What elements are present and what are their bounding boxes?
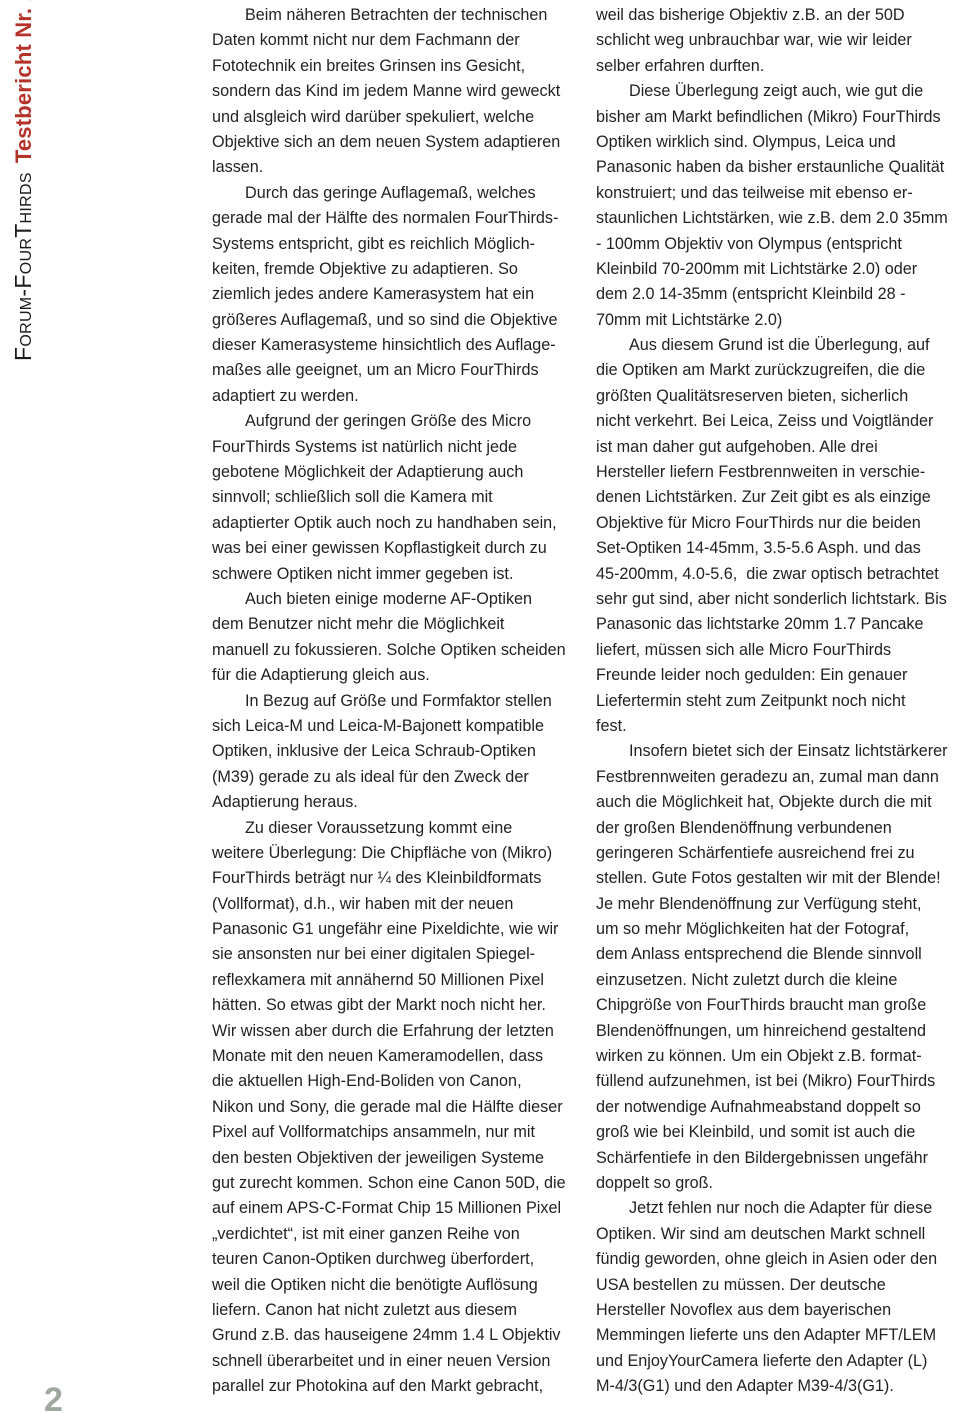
text-line: maßes alle geeignet, um an Micro FourThi… <box>212 358 584 383</box>
text-line: weitere Überlegung: Die Chipfläche von (… <box>212 841 584 866</box>
text-line: adaptiert zu werden. <box>212 384 584 409</box>
text-line: konstruiert; und das teilweise mit ebens… <box>596 181 954 206</box>
text-line: dem 2.0 14-35mm (entspricht Kleinbild 28… <box>596 282 954 307</box>
magazine-page: Forum-FourThirdsTestbericht Nr. 1 Beim n… <box>0 0 960 1414</box>
text-line: dem Benutzer nicht mehr die Möglichkeit <box>212 612 584 637</box>
text-line: Festbrennweiten geradezu an, zumal man d… <box>596 765 954 790</box>
text-line: schnell überarbeitet und in einer neuen … <box>212 1349 584 1374</box>
text-line: der großen Blendenöffnung verbundenen <box>596 816 954 841</box>
text-line: keiten, fremde Objektive zu adaptieren. … <box>212 257 584 282</box>
text-line: Grund z.B. das hauseigene 24mm 1.4 L Obj… <box>212 1323 584 1348</box>
text-line: hätten. So etwas gibt der Markt noch nic… <box>212 993 584 1018</box>
text-line: groß wie bei Kleinbild, und somit ist au… <box>596 1120 954 1145</box>
text-line: und alsgleich wird darüber spekuliert, w… <box>212 105 584 130</box>
text-line: Hersteller Novoflex aus dem bayerischen <box>596 1298 954 1323</box>
text-line: sehr gut sind, aber nicht sonderlich lic… <box>596 587 954 612</box>
text-line: staunlichen Lichtstärken, wie z.B. dem 2… <box>596 206 954 231</box>
text-line: Schärfentiefe in den Bildergebnissen ung… <box>596 1146 954 1171</box>
text-line: doppelt so groß. <box>596 1171 954 1196</box>
text-line: sich Leica-M und Leica-M-Bajonett kompat… <box>212 714 584 739</box>
text-line: - 100mm Objektiv von Olympus (entspricht <box>596 232 954 257</box>
text-line: größten Qualitätsreserven bieten, sicher… <box>596 384 954 409</box>
text-line: sinnvoll; schließlich soll die Kamera mi… <box>212 485 584 510</box>
text-line: Panasonic G1 ungefähr eine Pixeldichte, … <box>212 917 584 942</box>
text-line: Fototechnik ein breites Grinsen ins Gesi… <box>212 54 584 79</box>
text-line: nicht verkehrt. Bei Leica, Zeiss und Voi… <box>596 409 954 434</box>
text-line: Systems entspricht, gibt es reichlich Mö… <box>212 232 584 257</box>
article-column-left: Beim näheren Betrachten der technischenD… <box>212 3 584 1399</box>
text-line: um so mehr Möglichkeiten hat der Fotogra… <box>596 917 954 942</box>
text-line: Optiken, inklusive der Leica Schraub-Opt… <box>212 739 584 764</box>
text-line: liefert, müssen sich alle Micro FourThir… <box>596 638 954 663</box>
text-line: füllend aufzunehmen, ist bei (Mikro) Fou… <box>596 1069 954 1094</box>
text-line: Panasonic das lichtstarke 20mm 1.7 Panca… <box>596 612 954 637</box>
text-line: FourThirds Systems ist natürlich nicht j… <box>212 435 584 460</box>
text-line: Pixel auf Vollformatchips ansammeln, nur… <box>212 1120 584 1145</box>
page-number: 2 <box>44 1381 63 1414</box>
text-line: weil das bisherige Objektiv z.B. an der … <box>596 3 954 28</box>
paragraph: Auch bieten einige moderne AF-Optikendem… <box>212 587 584 689</box>
text-line: 45-200mm, 4.0-5.6, die zwar optisch betr… <box>596 562 954 587</box>
text-line: Hersteller liefern Festbrennweiten in ve… <box>596 460 954 485</box>
text-line: Set-Optiken 14-45mm, 3.5-5.6 Asph. und d… <box>596 536 954 561</box>
text-line: wirken zu können. Um ein Objekt z.B. for… <box>596 1044 954 1069</box>
text-line: Diese Überlegung zeigt auch, wie gut die <box>596 79 954 104</box>
text-line: Objektive für Micro FourThirds nur die b… <box>596 511 954 536</box>
text-line: gut zurecht kommen. Schon eine Canon 50D… <box>212 1171 584 1196</box>
text-line: Beim näheren Betrachten der technischen <box>212 3 584 28</box>
paragraph: Zu dieser Voraussetzung kommt eineweiter… <box>212 816 584 1400</box>
text-line: Freunde leider noch gedulden: Ein genaue… <box>596 663 954 688</box>
text-line: sie ansonsten nur bei einer digitalen Sp… <box>212 942 584 967</box>
text-line: Panasonic haben da bisher erstaunliche Q… <box>596 155 954 180</box>
text-line: Jetzt fehlen nur noch die Adapter für di… <box>596 1196 954 1221</box>
text-line: größeres Auflagemaß, und so sind die Obj… <box>212 308 584 333</box>
text-line: geringeren Schärfentiefe ausreichend fre… <box>596 841 954 866</box>
text-line: Wir wissen aber durch die Erfahrung der … <box>212 1019 584 1044</box>
text-line: stellen. Gute Fotos gestalten wir mit de… <box>596 866 954 891</box>
text-line: Zu dieser Voraussetzung kommt eine <box>212 816 584 841</box>
text-line: teuren Canon-Optiken durchweg überforder… <box>212 1247 584 1272</box>
text-line: M-4/3(G1) und den Adapter M39-4/3(G1). <box>596 1374 954 1399</box>
text-line: (M39) gerade zu als ideal für den Zweck … <box>212 765 584 790</box>
text-line: einzusetzen. Nicht zuletzt durch die kle… <box>596 968 954 993</box>
text-line: FourThirds beträgt nur ¼ des Kleinbildfo… <box>212 866 584 891</box>
text-line: weil die Optiken nicht die benötigte Auf… <box>212 1273 584 1298</box>
text-line: Liefertermin steht zum Zeitpunkt noch ni… <box>596 689 954 714</box>
text-line: Optiken. Wir sind am deutschen Markt sch… <box>596 1222 954 1247</box>
text-line: Kleinbild 70-200mm mit Lichtstärke 2.0) … <box>596 257 954 282</box>
text-line: Durch das geringe Auflagemaß, welches <box>212 181 584 206</box>
text-line: auf einem APS-C-Format Chip 15 Millionen… <box>212 1196 584 1221</box>
text-line: Optiken wirklich sind. Olympus, Leica un… <box>596 130 954 155</box>
text-line: „verdichtet“, ist mit einer ganzen Reihe… <box>212 1222 584 1247</box>
text-line: 70mm mit Lichtstärke 2.0) <box>596 308 954 333</box>
paragraph: Aufgrund der geringen Größe des MicroFou… <box>212 409 584 587</box>
text-line: liefern. Canon hat nicht zuletzt aus die… <box>212 1298 584 1323</box>
text-line: Insofern bietet sich der Einsatz lichtst… <box>596 739 954 764</box>
text-line: Monate mit den neuen Kameramodellen, das… <box>212 1044 584 1069</box>
text-line: bisher am Markt befindlichen (Mikro) Fou… <box>596 105 954 130</box>
text-line: Blendenöffnungen, um hinreichend gestalt… <box>596 1019 954 1044</box>
text-line: sondern das Kind im jedem Manne wird gew… <box>212 79 584 104</box>
text-line: ist man daher gut aufgehoben. Alle drei <box>596 435 954 460</box>
paragraph: Durch das geringe Auflagemaß, welchesger… <box>212 181 584 410</box>
paragraph: Insofern bietet sich der Einsatz lichtst… <box>596 739 954 1196</box>
text-line: lassen. <box>212 155 584 180</box>
text-line: (Vollformat), d.h., wir haben mit der ne… <box>212 892 584 917</box>
text-line: reflexkamera mit annähernd 50 Millionen … <box>212 968 584 993</box>
text-line: auch die Möglichkeit hat, Objekte durch … <box>596 790 954 815</box>
text-line: denen Lichtstärken. Zur Zeit gibt es als… <box>596 485 954 510</box>
text-line: Daten kommt nicht nur dem Fachmann der <box>212 28 584 53</box>
issue-label: Testbericht Nr. 1 <box>11 0 36 163</box>
text-line: manuell zu fokussieren. Solche Optiken s… <box>212 638 584 663</box>
text-line: selber erfahren durften. <box>596 54 954 79</box>
text-line: dieser Kamerasysteme hinsichtlich des Au… <box>212 333 584 358</box>
text-line: Memmingen lieferte uns den Adapter MFT/L… <box>596 1323 954 1348</box>
text-line: ziemlich jedes andere Kamerasystem hat e… <box>212 282 584 307</box>
paragraph: In Bezug auf Größe und Formfaktor stelle… <box>212 689 584 816</box>
text-line: fest. <box>596 714 954 739</box>
text-line: die aktuellen High-End-Boliden von Canon… <box>212 1069 584 1094</box>
text-line: Aus diesem Grund ist die Überlegung, auf <box>596 333 954 358</box>
text-line: gebotene Möglichkeit der Adaptierung auc… <box>212 460 584 485</box>
text-line: die Optiken am Markt zurückzugreifen, di… <box>596 358 954 383</box>
text-line: Adaptierung heraus. <box>212 790 584 815</box>
paragraph: Aus diesem Grund ist die Überlegung, auf… <box>596 333 954 739</box>
text-line: Nikon und Sony, die gerade mal die Hälft… <box>212 1095 584 1120</box>
text-line: was bei einer gewissen Kopflastigkeit du… <box>212 536 584 561</box>
text-line: adaptierter Optik auch noch zu handhaben… <box>212 511 584 536</box>
brand-label: Forum-FourThirds <box>10 172 36 361</box>
text-line: parallel zur Photokina auf den Markt geb… <box>212 1374 584 1399</box>
text-line: und EnjoyYourCamera lieferte den Adapter… <box>596 1349 954 1374</box>
sidebar-vertical-title: Forum-FourThirdsTestbericht Nr. 1 <box>8 0 42 361</box>
text-line: schwere Optiken nicht immer gegeben ist. <box>212 562 584 587</box>
text-line: gerade mal der Hälfte des normalen FourT… <box>212 206 584 231</box>
text-line: Objektive sich an dem neuen System adapt… <box>212 130 584 155</box>
text-line: Aufgrund der geringen Größe des Micro <box>212 409 584 434</box>
text-line: Auch bieten einige moderne AF-Optiken <box>212 587 584 612</box>
text-line: der notwendige Aufnahmeabstand doppelt s… <box>596 1095 954 1120</box>
text-line: In Bezug auf Größe und Formfaktor stelle… <box>212 689 584 714</box>
text-line: USA bestellen zu müssen. Der deutsche <box>596 1273 954 1298</box>
text-line: Chipgröße von FourThirds braucht man gro… <box>596 993 954 1018</box>
text-line: den besten Objektiven der jeweiligen Sys… <box>212 1146 584 1171</box>
text-line: Je mehr Blendenöffnung zur Verfügung ste… <box>596 892 954 917</box>
text-line: schlicht weg unbrauchbar war, wie wir le… <box>596 28 954 53</box>
paragraph: Beim näheren Betrachten der technischenD… <box>212 3 584 181</box>
paragraph: weil das bisherige Objektiv z.B. an der … <box>596 3 954 79</box>
article-column-right: weil das bisherige Objektiv z.B. an der … <box>596 3 954 1399</box>
paragraph: Jetzt fehlen nur noch die Adapter für di… <box>596 1196 954 1399</box>
text-line: dem Anlass entsprechend die Blende sinnv… <box>596 942 954 967</box>
paragraph: Diese Überlegung zeigt auch, wie gut die… <box>596 79 954 333</box>
text-line: für die Adaptierung gleich aus. <box>212 663 584 688</box>
text-line: fündig geworden, ohne gleich in Asien od… <box>596 1247 954 1272</box>
